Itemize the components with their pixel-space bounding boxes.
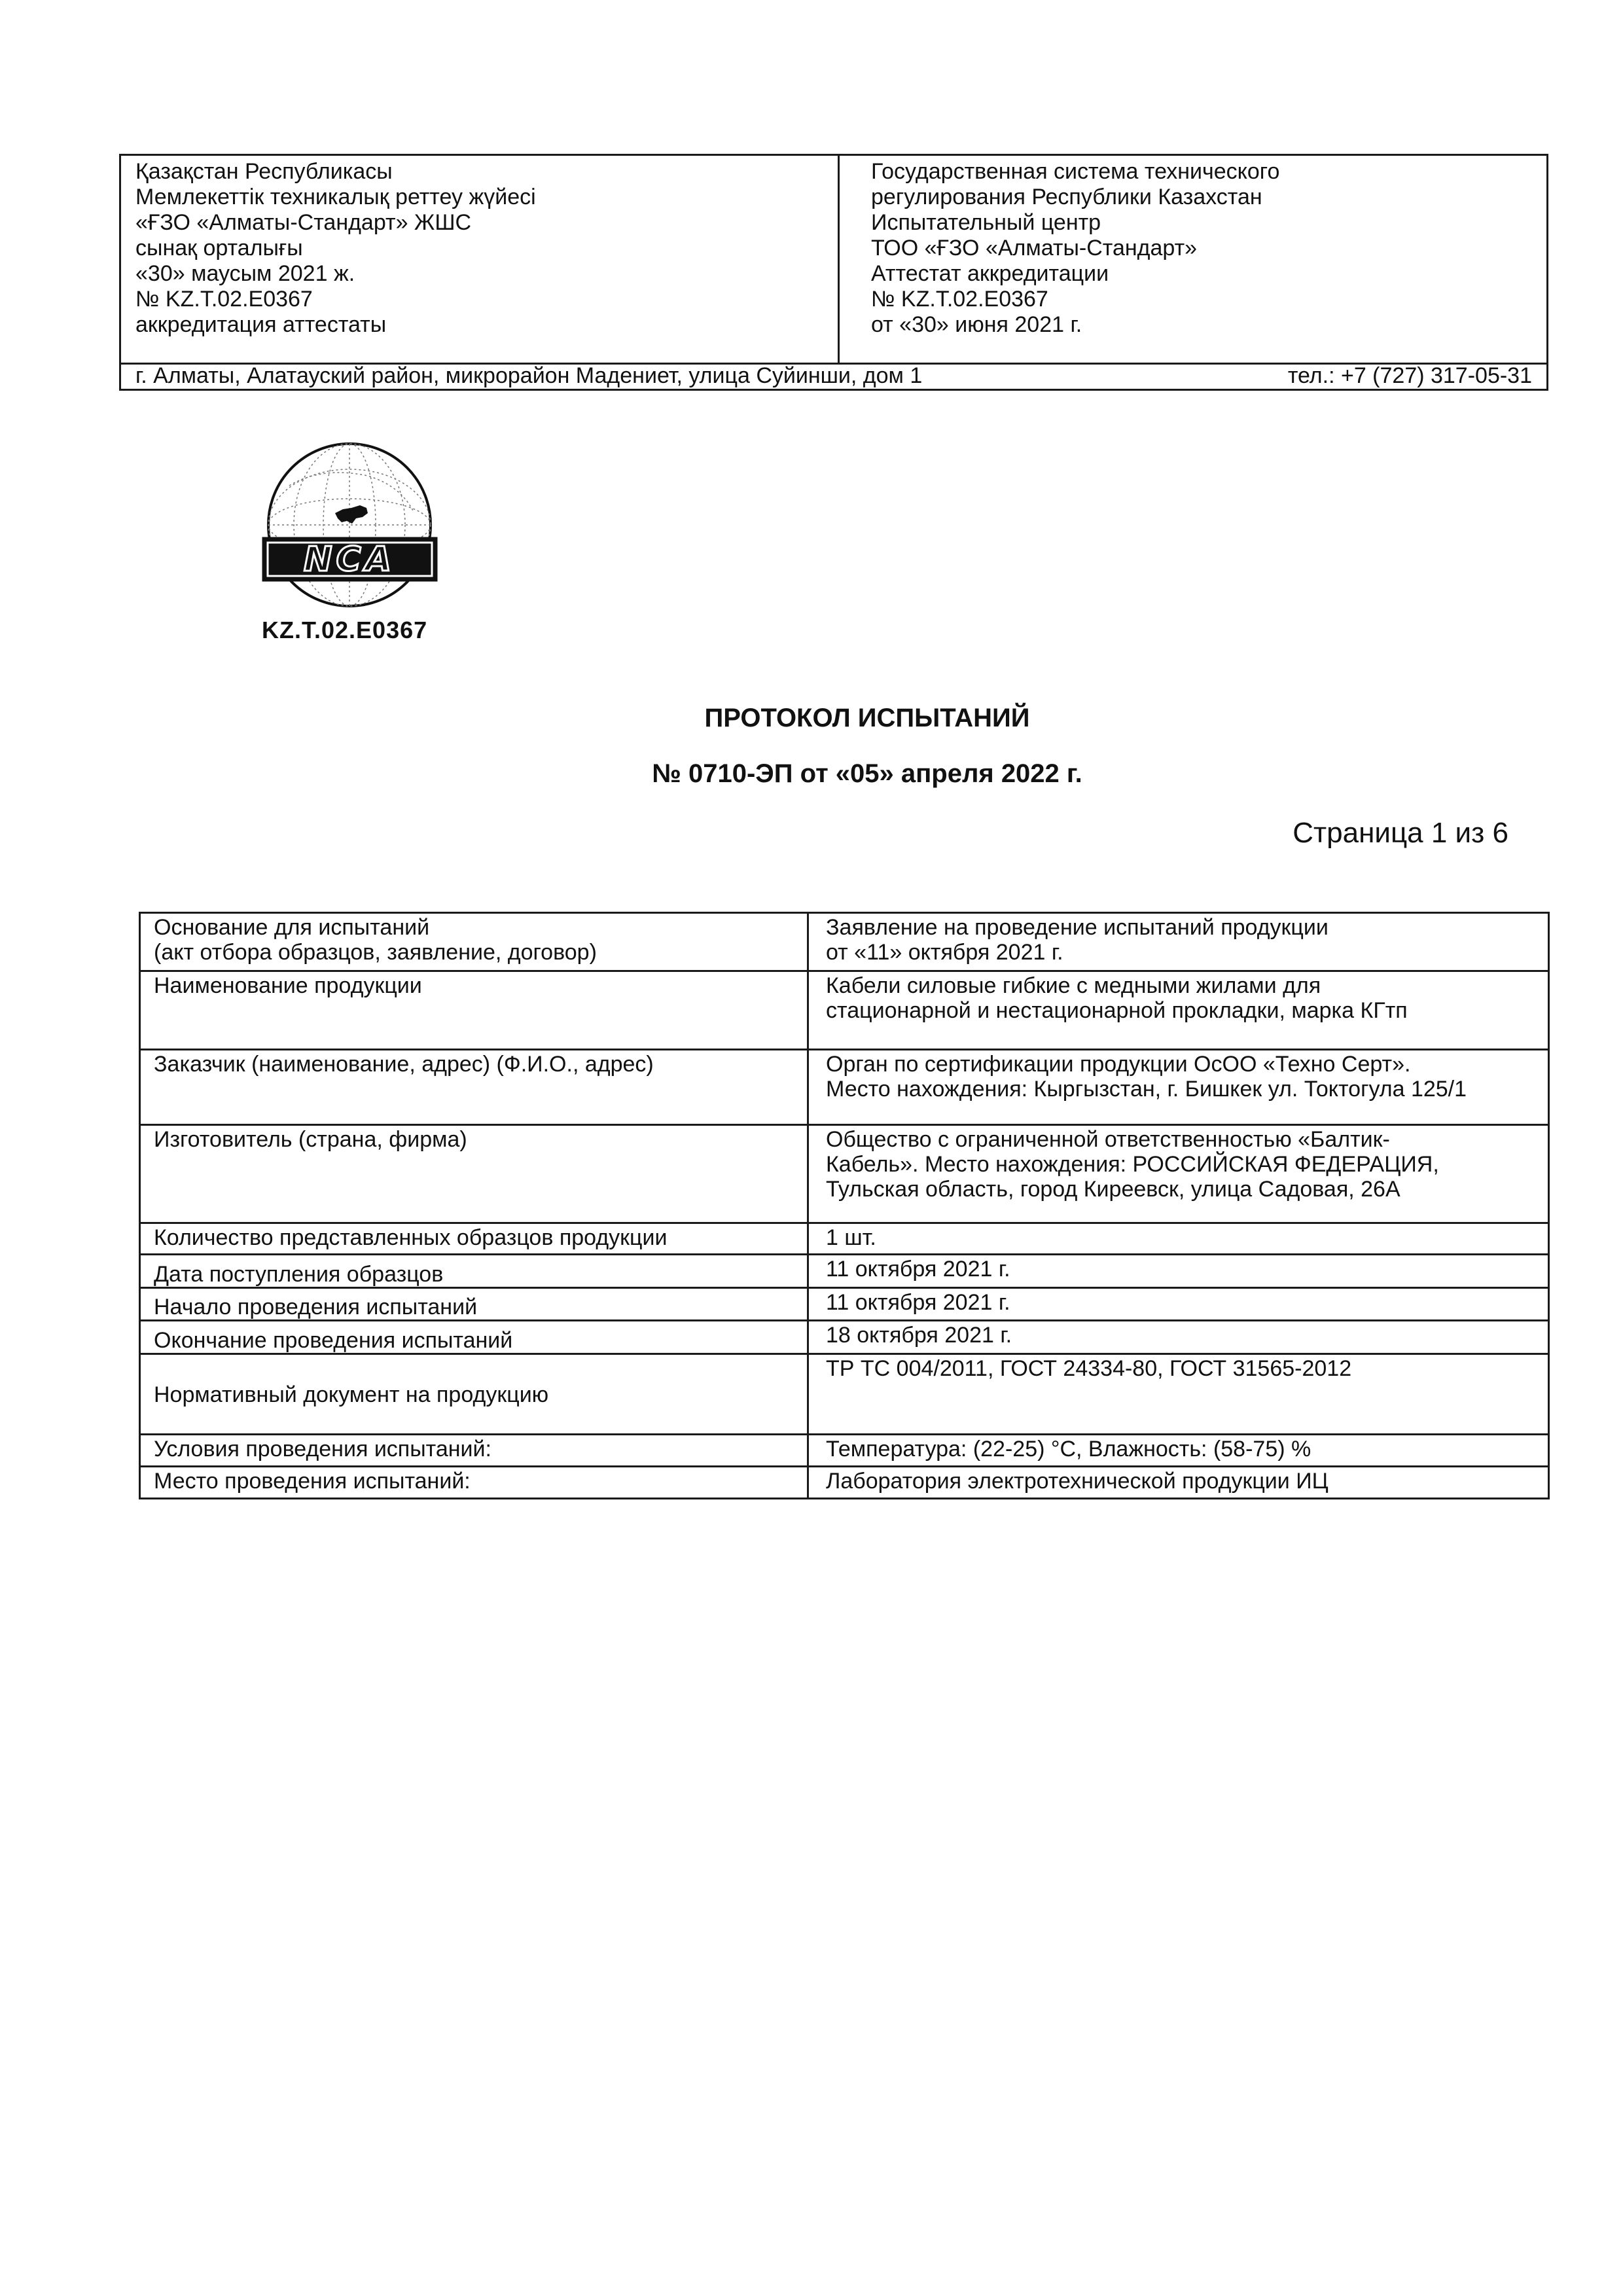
value-line: Орган по сертификации продукции ОсОО «Те… xyxy=(826,1052,1548,1077)
value-line: 11 октября 2021 г. xyxy=(826,1290,1548,1315)
row-label: Количество представленных образцов проду… xyxy=(140,1223,808,1255)
table-row: Количество представленных образцов проду… xyxy=(140,1223,1549,1255)
row-value: Температура: (22-25) °С, Влажность: (58-… xyxy=(808,1435,1549,1467)
table-row: Начало проведения испытаний 11 октября 2… xyxy=(140,1288,1549,1321)
table-row: Условия проведения испытаний: Температур… xyxy=(140,1435,1549,1467)
label-line: (акт отбора образцов, заявление, договор… xyxy=(154,940,807,965)
value-line: Кабели силовые гибкие с медными жилами д… xyxy=(826,973,1548,998)
label-line: Количество представленных образцов проду… xyxy=(154,1225,807,1250)
header-left-line: аккредитация аттестаты xyxy=(135,312,838,338)
header-left-line: Қазақстан Республикасы xyxy=(135,159,838,185)
header-right-line: ТОО «ҒЗО «Алматы-Стандарт» xyxy=(871,236,1546,261)
row-value: 11 октября 2021 г. xyxy=(808,1288,1549,1321)
document-number: № 0710-ЭП от «05» апреля 2022 г. xyxy=(56,759,1623,789)
row-value: 1 шт. xyxy=(808,1223,1549,1255)
header-russian-column: Государственная система технического рег… xyxy=(840,156,1546,363)
value-line: 11 октября 2021 г. xyxy=(826,1257,1548,1282)
value-line: Температура: (22-25) °С, Влажность: (58-… xyxy=(826,1437,1548,1462)
label-line: Изготовитель (страна, фирма) xyxy=(154,1127,807,1152)
address-text: г. Алматы, Алатауский район, микрорайон … xyxy=(135,363,922,389)
header-left-line: «ҒЗО «Алматы-Стандарт» ЖШС xyxy=(135,210,838,236)
table-row: Дата поступления образцов 11 октября 202… xyxy=(140,1255,1549,1288)
header-left-line: Мемлекеттік техникалық реттеу жүйесі xyxy=(135,185,838,210)
row-value: 18 октября 2021 г. xyxy=(808,1321,1549,1354)
label-line: Заказчик (наименование, адрес) (Ф.И.О., … xyxy=(154,1052,807,1077)
row-value: Орган по сертификации продукции ОсОО «Те… xyxy=(808,1050,1549,1125)
header-right-line: регулирования Республики Казахстан xyxy=(871,185,1546,210)
row-value: ТР ТС 004/2011, ГОСТ 24334-80, ГОСТ 3156… xyxy=(808,1354,1549,1435)
value-line: стационарной и нестационарной прокладки,… xyxy=(826,998,1548,1023)
header-left-line: № KZ.T.02.E0367 xyxy=(135,287,838,312)
row-label: Изготовитель (страна, фирма) xyxy=(140,1125,808,1223)
header-right-line: от «30» июня 2021 г. xyxy=(871,312,1546,338)
page-indicator: Страница 1 из 6 xyxy=(1293,817,1508,850)
table-row: Изготовитель (страна, фирма) Общество с … xyxy=(140,1125,1549,1223)
table-row: Место проведения испытаний: Лаборатория … xyxy=(140,1467,1549,1499)
table-row: Заказчик (наименование, адрес) (Ф.И.О., … xyxy=(140,1050,1549,1125)
nca-logo: NCA xyxy=(243,440,456,613)
header-box: Қазақстан Республикасы Мемлекеттік техни… xyxy=(119,154,1548,391)
table-row: Основание для испытаний (акт отбора обра… xyxy=(140,913,1549,971)
value-line: Лаборатория электротехнической продукции… xyxy=(826,1469,1548,1494)
header-right-line: Аттестат аккредитации xyxy=(871,261,1546,287)
label-line: Условия проведения испытаний: xyxy=(154,1437,807,1462)
header-left-line: «30» маусым 2021 ж. xyxy=(135,261,838,287)
row-value: Общество с ограниченной ответственностью… xyxy=(808,1125,1549,1223)
logo-caption: KZ.T.02.E0367 xyxy=(262,617,427,644)
value-line: Место нахождения: Кыргызстан, г. Бишкек … xyxy=(826,1077,1548,1102)
value-line: Кабель». Место нахождения: РОССИЙСКАЯ ФЕ… xyxy=(826,1152,1548,1177)
globe-icon: NCA xyxy=(243,440,456,613)
label-line: Начало проведения испытаний xyxy=(154,1295,807,1319)
value-line: ТР ТС 004/2011, ГОСТ 24334-80, ГОСТ 3156… xyxy=(826,1356,1548,1381)
label-line: Дата поступления образцов xyxy=(154,1262,807,1287)
label-line: Место проведения испытаний: xyxy=(154,1469,807,1494)
label-line: Основание для испытаний xyxy=(154,915,807,940)
value-line: 1 шт. xyxy=(826,1225,1548,1250)
header-right-line: Государственная система технического xyxy=(871,159,1546,185)
row-label: Нормативный документ на продукцию xyxy=(140,1354,808,1435)
table-row: Нормативный документ на продукцию ТР ТС … xyxy=(140,1354,1549,1435)
header-right-line: Испытательный центр xyxy=(871,210,1546,236)
phone-text: тел.: +7 (727) 317-05-31 xyxy=(1288,363,1532,389)
svg-text:NCA: NCA xyxy=(304,540,395,579)
row-label: Основание для испытаний (акт отбора обра… xyxy=(140,913,808,971)
label-line: Наименование продукции xyxy=(154,973,807,998)
value-line: Общество с ограниченной ответственностью… xyxy=(826,1127,1548,1152)
row-value: 11 октября 2021 г. xyxy=(808,1255,1549,1288)
header-top: Қазақстан Республикасы Мемлекеттік техни… xyxy=(121,156,1546,365)
row-value: Заявление на проведение испытаний продук… xyxy=(808,913,1549,971)
value-line: 18 октября 2021 г. xyxy=(826,1323,1548,1348)
value-line: Тульская область, город Киреевск, улица … xyxy=(826,1177,1548,1202)
row-label: Начало проведения испытаний xyxy=(140,1288,808,1321)
document-title: ПРОТОКОЛ ИСПЫТАНИЙ xyxy=(56,704,1623,733)
row-value: Лаборатория электротехнической продукции… xyxy=(808,1467,1549,1499)
row-label: Окончание проведения испытаний xyxy=(140,1321,808,1354)
protocol-info-table: Основание для испытаний (акт отбора обра… xyxy=(139,912,1550,1499)
label-line: Нормативный документ на продукцию xyxy=(154,1382,807,1407)
row-label: Заказчик (наименование, адрес) (Ф.И.О., … xyxy=(140,1050,808,1125)
row-label: Условия проведения испытаний: xyxy=(140,1435,808,1467)
header-right-line: № KZ.T.02.E0367 xyxy=(871,287,1546,312)
row-value: Кабели силовые гибкие с медными жилами д… xyxy=(808,971,1549,1050)
table-row: Окончание проведения испытаний 18 октябр… xyxy=(140,1321,1549,1354)
header-kazakh-column: Қазақстан Республикасы Мемлекеттік техни… xyxy=(121,156,840,363)
label-line: Окончание проведения испытаний xyxy=(154,1328,807,1353)
table-row: Наименование продукции Кабели силовые ги… xyxy=(140,971,1549,1050)
value-line: от «11» октября 2021 г. xyxy=(826,940,1548,965)
header-left-line: сынақ орталығы xyxy=(135,236,838,261)
row-label: Наименование продукции xyxy=(140,971,808,1050)
row-label: Место проведения испытаний: xyxy=(140,1467,808,1499)
header-address-row: г. Алматы, Алатауский район, микрорайон … xyxy=(121,363,1546,389)
value-line: Заявление на проведение испытаний продук… xyxy=(826,915,1548,940)
row-label: Дата поступления образцов xyxy=(140,1255,808,1288)
